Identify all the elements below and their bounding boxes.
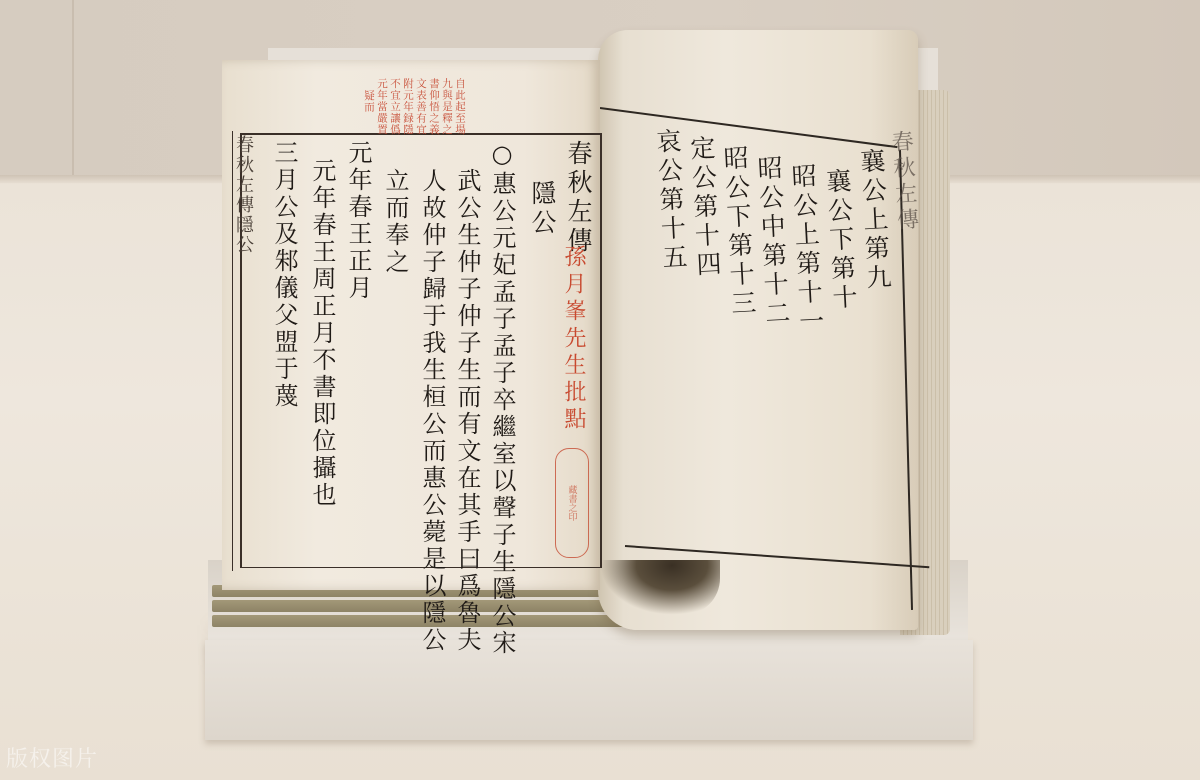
copyright-watermark: 版权图片 [6,742,98,773]
text-column: 人故仲子歸于我生桓公而惠公薨是以隱公 [420,168,444,654]
red-annotation: 文表善有宜 [414,78,429,136]
text-column: 立而奉之 [383,168,407,276]
red-annotation: 九與是釋之 [440,78,455,136]
chapter-title: 隱公 [530,180,555,238]
wall-seam [72,0,74,175]
red-annotation: 不宜立讓僞 [388,78,403,136]
display-stand-front [205,640,973,740]
toc-entry: 哀公第十五 [654,127,687,273]
text-column: 元年春王正月 [346,140,370,302]
red-annotation: 書仰悟之義 [427,78,442,136]
collector-seal: 藏書之印 [555,448,589,558]
toc-entry: 襄公上第九 [858,147,891,293]
red-annotation: 附元年録隱 [401,78,416,136]
red-annotation: 元年當嚴置 [375,78,390,136]
toc-entry: 定公第十四 [688,134,721,280]
book-title: 春秋左傳 [566,140,591,256]
toc-entry: 襄公下第十 [824,167,857,313]
text-column: ○惠公元妃孟子孟子卒繼室以聲子生隱公宋 [490,140,514,657]
margin-title: 春秋左傳隱公 [234,135,252,255]
right-page [598,30,918,630]
red-annotation: 自此起至場 [453,78,468,136]
text-column: 三月公及邾儀父盟于蔑 [272,140,296,410]
text-column: 元年春王周正月不書即位攝也 [310,158,334,509]
right-spine-title: 春秋左傳 [888,129,917,234]
red-annotation: 疑而 [362,90,377,113]
text-column: 武公生仲子仲子生而有文在其手曰爲魯夫 [455,168,479,654]
annotator-credit: 孫月峯先生批點 [562,245,584,434]
